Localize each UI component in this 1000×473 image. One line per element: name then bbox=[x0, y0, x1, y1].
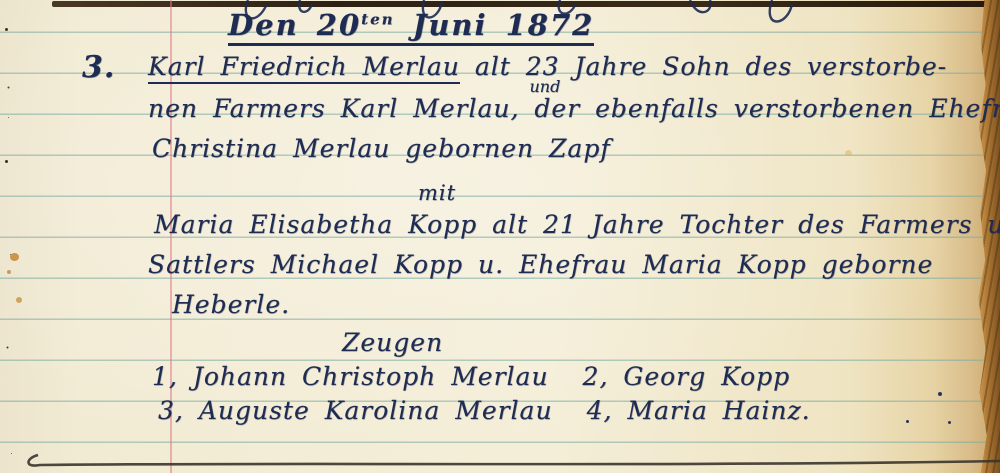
bottom-drawn-line bbox=[0, 0, 1000, 473]
registry-page-scan: Den 20ten Juni 1872 3. Karl Friedrich Me… bbox=[0, 0, 1000, 473]
